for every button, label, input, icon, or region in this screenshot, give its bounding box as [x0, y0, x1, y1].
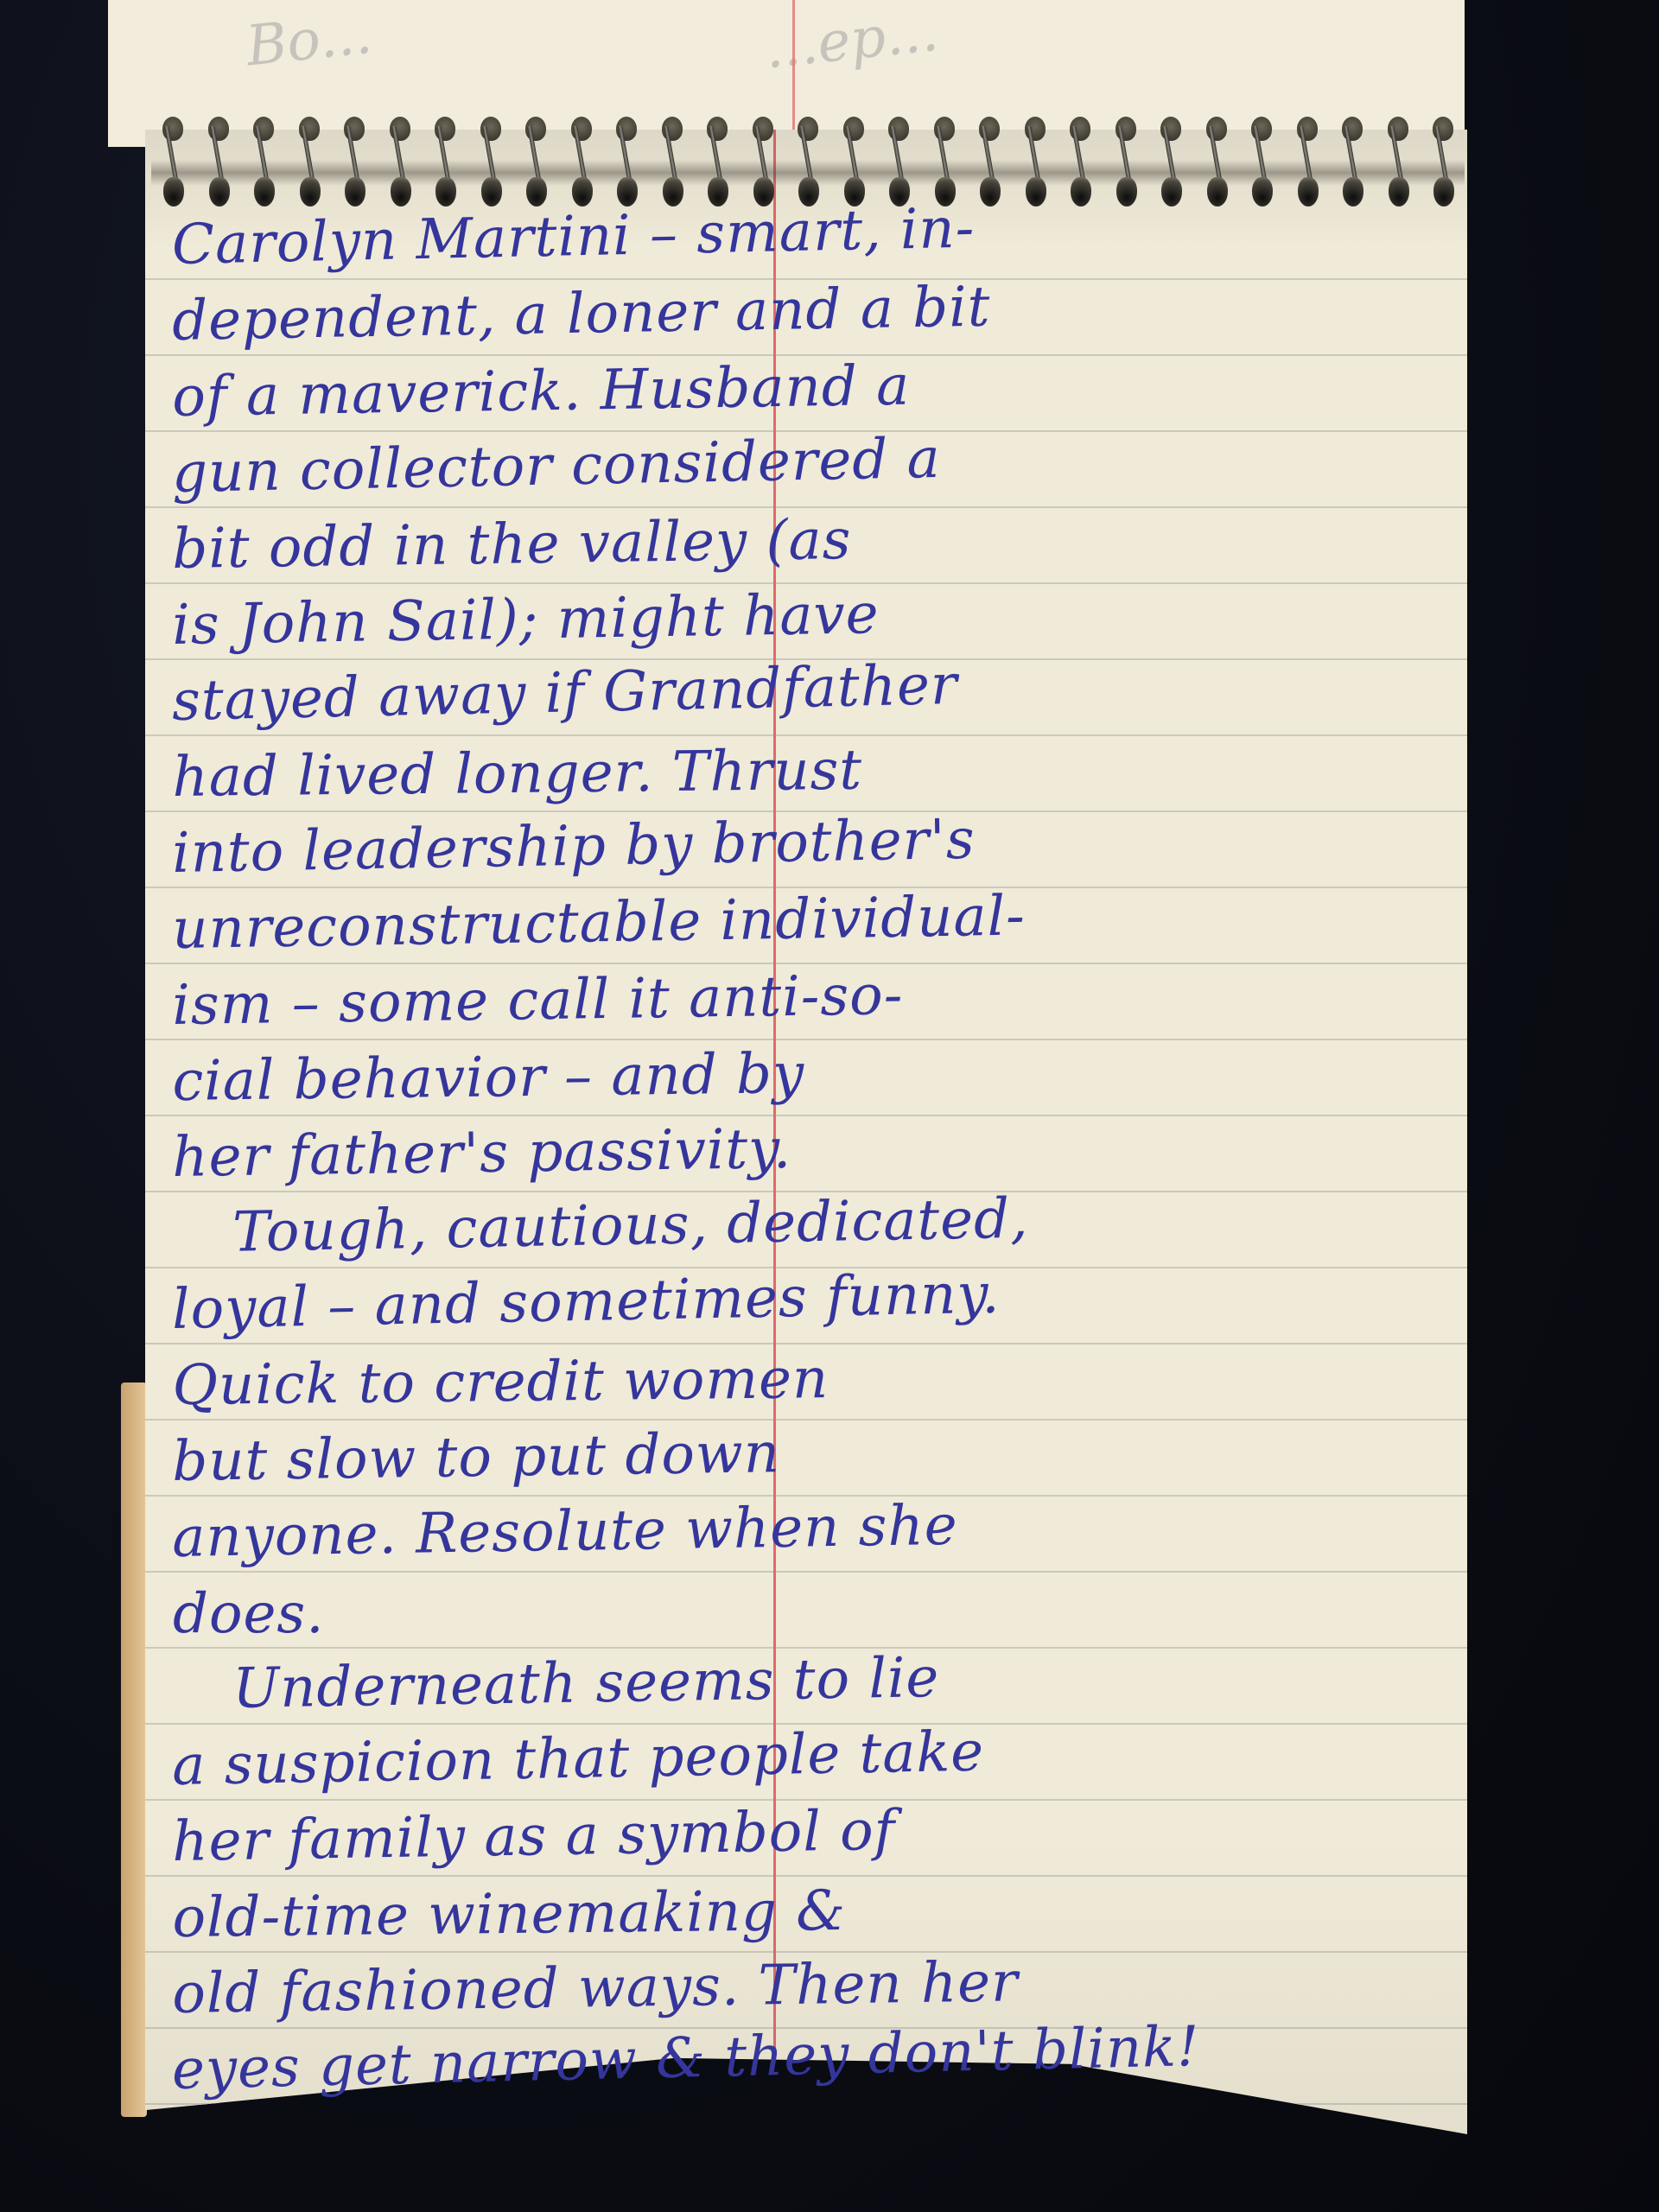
spiral-coil — [569, 117, 594, 212]
spiral-coil — [251, 117, 276, 212]
ghost-writing: ...ep... — [762, 0, 942, 81]
spiral-coil — [206, 117, 232, 212]
handwritten-notes: Carolyn Martini – smart, in-dependent, a… — [173, 207, 1452, 2108]
spiral-coil — [341, 117, 367, 212]
spiral-coil — [523, 117, 549, 212]
page-stack-edge — [121, 1382, 147, 2117]
ghost-writing: Bo... — [244, 3, 375, 79]
spiral-coil — [432, 117, 458, 212]
spiral-coil — [478, 117, 504, 212]
spiral-coil — [160, 117, 186, 212]
spiral-coil — [296, 117, 322, 212]
spiral-coil — [387, 117, 413, 212]
